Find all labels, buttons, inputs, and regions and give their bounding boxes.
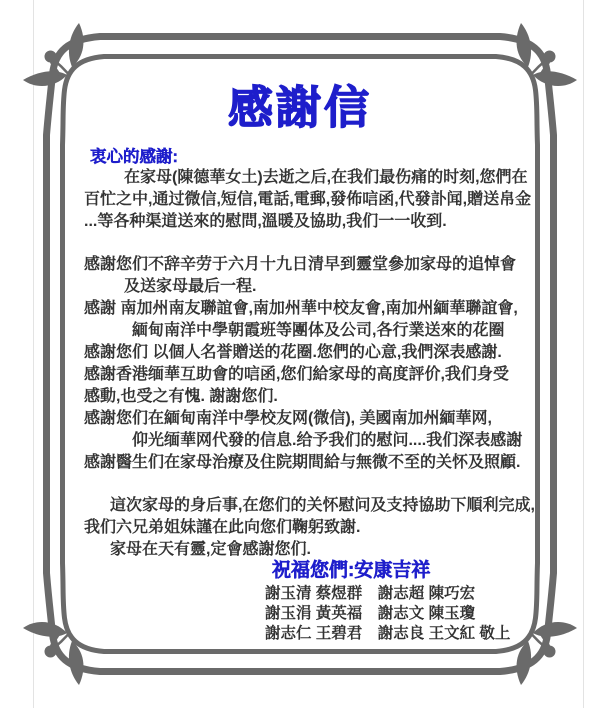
corner-leaf-ornament-top-right (517, 23, 577, 86)
corner-leaf-ornament-top-left (23, 23, 83, 86)
letter-line: ...等各种渠道送來的慰問,溫暖及協助,我们一一收到. (84, 211, 524, 233)
corner-leaf-ornament-bottom-left (23, 622, 83, 685)
letter-line: 感謝您们 以個人名誉贈送的花圈.您們的心意,我們深表感謝. (84, 342, 524, 364)
corner-leaf-ornament-bottom-right (517, 622, 577, 685)
letter-line: 在家母(陳德華女土)去逝之后,在我们最伤痛的时刻,您們在 (84, 167, 524, 189)
letter-body: 在家母(陳德華女土)去逝之后,在我们最伤痛的时刻,您們在 百忙之中,通过微信,短… (84, 167, 524, 561)
letter-line: 及送家母最后一程. (84, 276, 524, 298)
blessing-line: 祝福您們:安康吉祥 (272, 555, 430, 582)
signature-line: 謝玉清 蔡煜群 謝志超 陳巧宏 (265, 584, 510, 604)
letter-line: 百忙之中,通过微信,短信,電話,電郵,發佈唁函,代發訃闻,贈送帛金 (84, 189, 524, 211)
letter-line: 緬甸南洋中學朝霞班等團体及公司,各行業送來的花圈 (84, 320, 524, 342)
letter-line: 感謝香港缅華互助會的唁函,您们給家母的高度評价,我们身受 (84, 364, 524, 386)
paragraph-2: 感謝您们不辞辛劳于六月十九日清早到靈堂參加家母的追悼會 及送家母最后一程. 感謝… (84, 254, 524, 474)
letter-line: 我们六兄弟姐妹謹在此向您们鞠躬致謝. (84, 517, 524, 539)
letter-line: 仰光缅華网代發的信息.给予我们的慰问....我们深表感謝 (84, 430, 524, 452)
paragraph-3: 這次家母的身后事,在您们的关怀慰问及支持協助下順利完成, 我们六兄弟姐妹謹在此向… (84, 495, 524, 561)
letter-line: 感謝 南加州南友聯誼會,南加州華中校友會,南加州緬華聯誼會, (84, 298, 524, 320)
letter-page: 感謝信 衷心的感謝: 在家母(陳德華女土)去逝之后,在我们最伤痛的时刻,您們在 … (0, 0, 600, 708)
signature-line: 謝玉涓 黃英福 謝志文 陳玉瓊 (265, 604, 510, 624)
salutation: 衷心的感謝: (90, 143, 178, 167)
letter-line: 感謝醫生们在家母治療及住院期間給与無微不至的关怀及照顧. (84, 452, 524, 474)
letter-line: 感謝您们在緬甸南洋中學校友网(微信), 美國南加州緬華网, (84, 408, 524, 430)
signature-line: 謝志仁 王碧君 謝志良 王文紅 敬上 (265, 624, 510, 644)
letter-line: 感動,也受之有愧. 謝謝您们. (84, 386, 524, 408)
letter-line: 這次家母的身后事,在您们的关怀慰问及支持協助下順利完成, (84, 495, 524, 517)
paragraph-1: 在家母(陳德華女土)去逝之后,在我们最伤痛的时刻,您們在 百忙之中,通过微信,短… (84, 167, 524, 233)
letter-line: 感謝您们不辞辛劳于六月十九日清早到靈堂參加家母的追悼會 (84, 254, 524, 276)
letter-title: 感謝信 (0, 84, 600, 132)
signature-block: 謝玉清 蔡煜群 謝志超 陳巧宏 謝玉涓 黃英福 謝志文 陳玉瓊 謝志仁 王碧君 … (265, 584, 510, 644)
